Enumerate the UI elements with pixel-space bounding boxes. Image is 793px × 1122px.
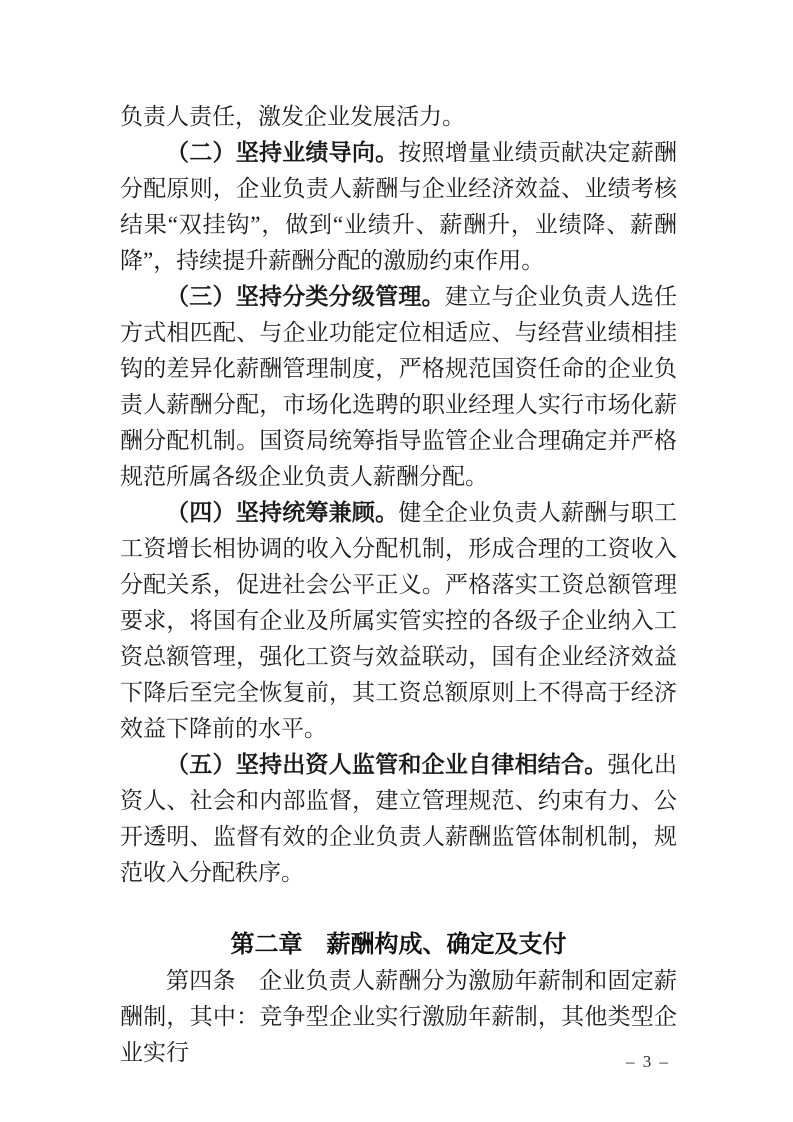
principle-5-lead: （五）坚持出资人监管和企业自律相结合。 <box>166 752 608 777</box>
paragraph-continuation-text: 负责人责任，激发企业发展活力。 <box>120 104 465 129</box>
principle-4-paragraph: （四）坚持统筹兼顾。健全企业负责人薪酬与职工工资增长相协调的收入分配机制，形成合… <box>120 495 677 747</box>
paragraph-continuation: 负责人责任，激发企业发展活力。 <box>120 99 677 135</box>
principle-3-lead: （三）坚持分类分级管理。 <box>166 284 445 309</box>
principle-3-paragraph: （三）坚持分类分级管理。建立与企业负责人选任方式相匹配、与企业功能定位相适应、与… <box>120 279 677 495</box>
principle-5-paragraph: （五）坚持出资人监管和企业自律相结合。强化出资人、社会和内部监督，建立管理规范、… <box>120 747 677 891</box>
principle-4-lead: （四）坚持统筹兼顾。 <box>166 500 398 525</box>
document-page: 负责人责任，激发企业发展活力。 （二）坚持业绩导向。按照增量业绩贡献决定薪酬分配… <box>0 0 793 1122</box>
page-number: – 3 – <box>626 1053 670 1070</box>
document-body: 负责人责任，激发企业发展活力。 （二）坚持业绩导向。按照增量业绩贡献决定薪酬分配… <box>120 99 677 1071</box>
chapter-2-heading: 第二章 薪酬构成、确定及支付 <box>120 927 677 963</box>
principle-3-text: 建立与企业负责人选任方式相匹配、与企业功能定位相适应、与经营业绩相挂钩的差异化薪… <box>120 284 677 489</box>
article-4-paragraph: 第四条 企业负责人薪酬分为激励年薪制和固定薪酬制，其中：竞争型企业实行激励年薪制… <box>120 963 677 1071</box>
principle-2-paragraph: （二）坚持业绩导向。按照增量业绩贡献决定薪酬分配原则，企业负责人薪酬与企业经济效… <box>120 135 677 279</box>
principle-2-lead: （二）坚持业绩导向。 <box>166 140 398 165</box>
principle-4-text: 健全企业负责人薪酬与职工工资增长相协调的收入分配机制，形成合理的工资收入分配关系… <box>120 500 677 741</box>
article-4-text: 第四条 企业负责人薪酬分为激励年薪制和固定薪酬制，其中：竞争型企业实行激励年薪制… <box>120 968 677 1065</box>
